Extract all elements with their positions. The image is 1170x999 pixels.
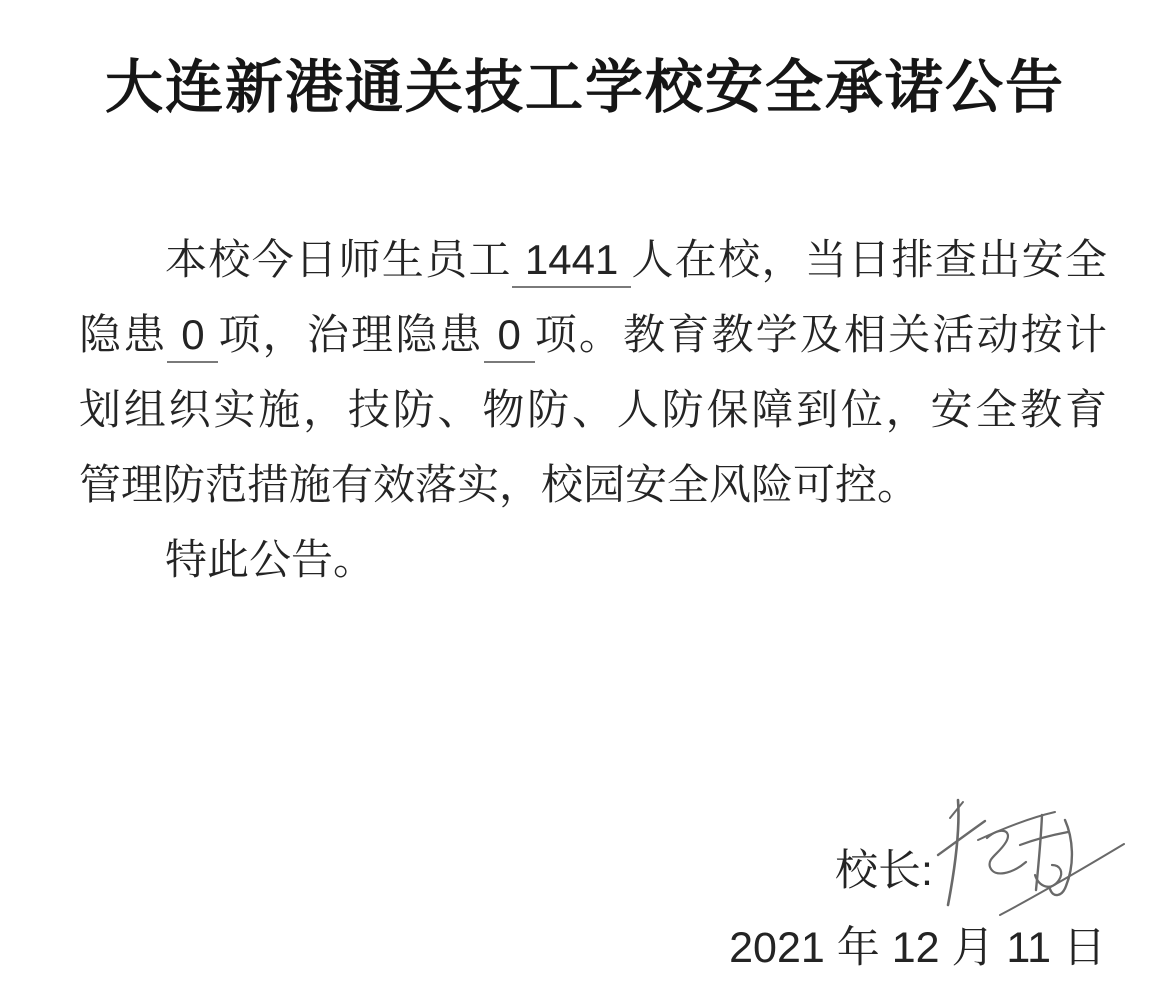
body-line-5: 特此公告。 bbox=[79, 522, 1107, 597]
body-line-2: 隐患 0 项，治理隐患 0 项。教育教学及相关活动按计 bbox=[79, 297, 1107, 372]
principal-signature bbox=[932, 788, 1137, 918]
document-date: 2021 年 12 月 11 日 bbox=[729, 920, 1106, 976]
line3-text: 划组织实施，技防、物防、人防保障到位，安全教育 bbox=[79, 386, 1107, 433]
closing-statement: 特此公告。 bbox=[165, 536, 375, 583]
hazards-fixed-value: 0 bbox=[484, 311, 535, 363]
headcount-value: 1441 bbox=[512, 236, 632, 288]
hazards-found-value: 0 bbox=[167, 311, 218, 363]
document-body: 本校今日师生员工 1441 人在校，当日排查出安全 隐患 0 项，治理隐患 0 … bbox=[79, 222, 1107, 597]
line4-text: 管理防范措施有效落实，校园安全风险可控。 bbox=[79, 461, 919, 508]
line2-text-3: 项。教育教学及相关活动按计 bbox=[535, 311, 1107, 358]
line2-text-1: 隐患 bbox=[79, 311, 167, 358]
body-line-3: 划组织实施，技防、物防、人防保障到位，安全教育 bbox=[79, 372, 1107, 447]
principal-label: 校长: bbox=[835, 846, 933, 896]
body-line-4: 管理防范措施有效落实，校园安全风险可控。 bbox=[79, 447, 1107, 522]
body-line-1: 本校今日师生员工 1441 人在校，当日排查出安全 bbox=[79, 222, 1107, 297]
line2-text-2: 项，治理隐患 bbox=[218, 311, 483, 358]
announcement-document: 大连新港通关技工学校安全承诺公告 本校今日师生员工 1441 人在校，当日排查出… bbox=[0, 0, 1170, 999]
line1-text-post: 人在校，当日排查出安全 bbox=[631, 236, 1107, 283]
line1-text-pre: 本校今日师生员工 bbox=[165, 236, 512, 283]
document-title: 大连新港通关技工学校安全承诺公告 bbox=[0, 40, 1170, 124]
